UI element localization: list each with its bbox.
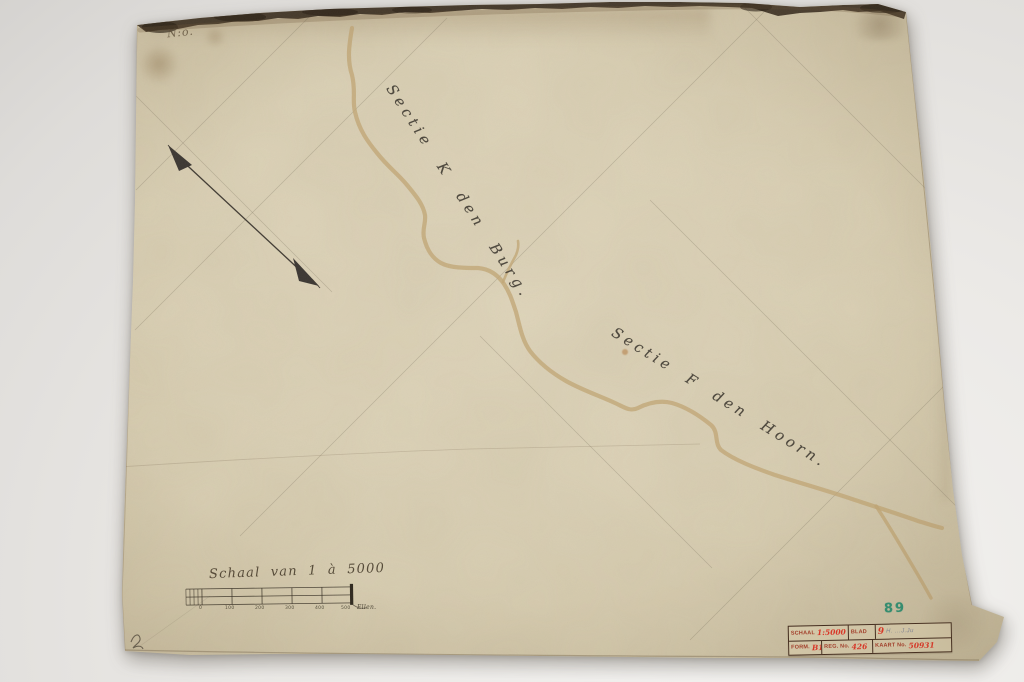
stamp-cell-form: FORM. B1 bbox=[789, 641, 822, 655]
stamp-kaart-value: 50931 bbox=[908, 640, 934, 650]
map-sheet-shadow: N:o. Sectie K den Burg. Sectie F den Hoo… bbox=[0, 0, 1024, 682]
stamp-blad-note: H. ...J.Ju bbox=[886, 628, 914, 635]
map-sheet: N:o. Sectie K den Burg. Sectie F den Hoo… bbox=[0, 0, 1024, 682]
stamp-form-label: FORM. bbox=[791, 645, 810, 651]
stamp-blad-label: BLAD bbox=[851, 629, 867, 635]
map-drawing bbox=[0, 0, 1024, 682]
stamp-cell-blad-value: 9 H. ...J.Ju bbox=[876, 623, 951, 638]
stamp-cell-schaal: SCHAAL 1:5000 bbox=[789, 625, 849, 640]
photo-background: N:o. Sectie K den Burg. Sectie F den Hoo… bbox=[0, 0, 1024, 682]
stamp-row-2: FORM. B1 REG. No. 426 KAART No. 50931 bbox=[789, 638, 951, 655]
stamp-schaal-value: 1:5000 bbox=[817, 628, 846, 638]
stamp-cell-kaart: KAART No. 50931 bbox=[873, 638, 951, 653]
stamp-reg-value: 426 bbox=[851, 642, 867, 651]
archive-stamp: SCHAAL 1:5000 BLAD 9 H. ...J.Ju FORM. B1 bbox=[788, 622, 953, 655]
stamp-blad-value: 9 bbox=[878, 626, 884, 636]
stamp-cell-reg: REG. No. 426 bbox=[822, 639, 873, 654]
stamp-kaart-label: KAART No. bbox=[875, 642, 907, 649]
stamp-cell-blad: BLAD bbox=[849, 625, 876, 639]
stamp-form-value: B1 bbox=[812, 643, 822, 652]
stamp-reg-label: REG. No. bbox=[824, 644, 850, 651]
stamp-schaal-label: SCHAAL bbox=[791, 630, 815, 637]
sheet-number: N:o. bbox=[166, 25, 194, 41]
inventory-number: 89 bbox=[884, 601, 907, 617]
